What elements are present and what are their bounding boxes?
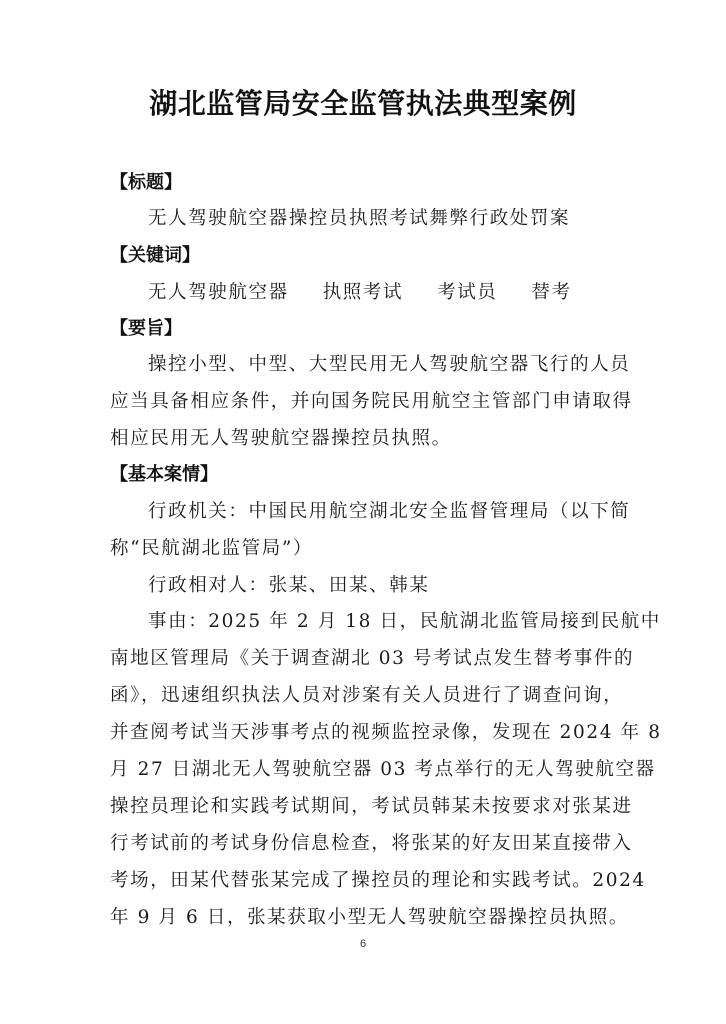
summary-line: 相应民用无人驾驶航空器操控员执照。 (110, 426, 620, 452)
document-page: 湖北监管局安全监管执法典型案例 【标题】 无人驾驶航空器操控员执照考试舞弊行政处… (0, 0, 726, 1024)
facts-line: 行政机关：中国民用航空湖北安全监督管理局（以下简 (148, 499, 658, 525)
page-number: 6 (0, 938, 726, 950)
facts-line: 行考试前的考试身份信息检查，将张某的好友田某直接带入 (110, 831, 620, 857)
keyword: 考试员 (437, 280, 497, 306)
case-title-text: 无人驾驶航空器操控员执照考试舞弊行政处罚案 (148, 206, 658, 232)
summary-line: 操控小型、中型、大型民用无人驾驶航空器飞行的人员 (148, 352, 658, 378)
keyword: 执照考试 (323, 280, 403, 306)
facts-line: 函》，迅速组织执法人员对涉案有关人员进行了调查问询， (110, 683, 620, 709)
keywords-list: 无人驾驶航空器执照考试考试员替考 (148, 280, 658, 306)
facts-line: 南地区管理局《关于调查湖北 03 号考试点发生替考事件的 (110, 646, 620, 672)
document-title: 湖北监管局安全监管执法典型案例 (0, 84, 726, 124)
facts-line: 考场，田某代替张某完成了操控员的理论和实践考试。2024 (110, 868, 620, 894)
facts-line: 称“民航湖北监管局”） (110, 536, 620, 562)
keyword: 无人驾驶航空器 (148, 280, 289, 306)
section-heading-title: 【标题】 (110, 170, 182, 196)
facts-line: 事由：2025 年 2 月 18 日，民航湖北监管局接到民航中 (148, 609, 658, 635)
facts-line: 年 9 月 6 日，张某获取小型无人驾驶航空器操控员执照。 (110, 905, 620, 931)
facts-line: 月 27 日湖北无人驾驶航空器 03 考点举行的无人驾驶航空器 (110, 757, 620, 783)
section-heading-keywords: 【关键词】 (110, 243, 200, 269)
facts-line: 行政相对人：张某、田某、韩某 (148, 573, 658, 599)
facts-line: 操控员理论和实践考试期间，考试员韩某未按要求对张某进 (110, 794, 620, 820)
summary-line: 应当具备相应条件，并向国务院民用航空主管部门申请取得 (110, 389, 620, 415)
keyword: 替考 (531, 280, 571, 306)
section-heading-summary: 【要旨】 (110, 316, 182, 342)
facts-line: 并查阅考试当天涉事考点的视频监控录像，发现在 2024 年 8 (110, 720, 620, 746)
section-heading-basic-facts: 【基本案情】 (110, 462, 218, 488)
